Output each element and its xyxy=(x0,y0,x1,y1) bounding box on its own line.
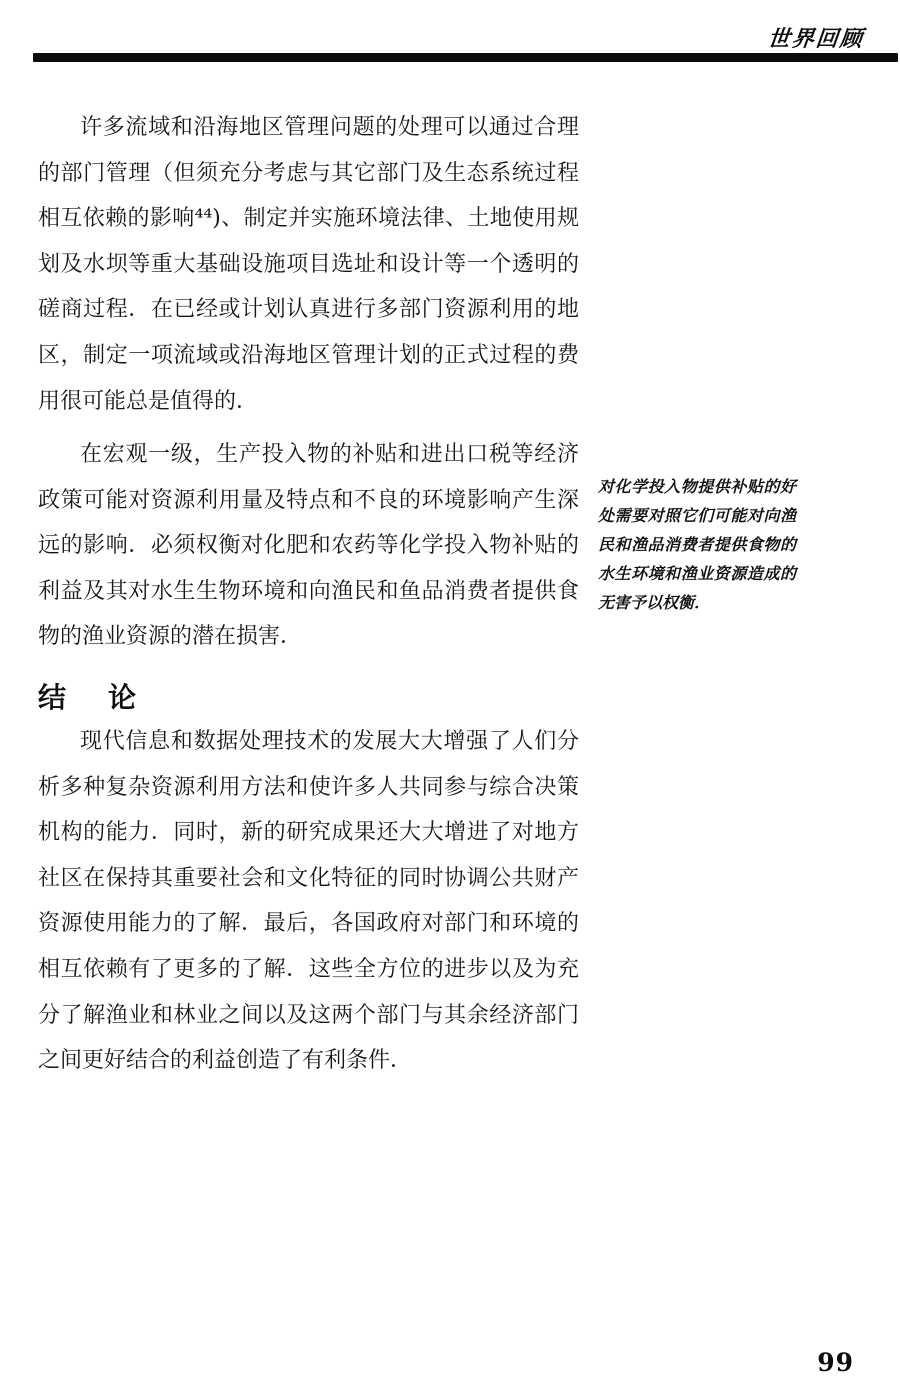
paragraph-line: 磋商过程．在已经或计划认真进行多部门资源利用的地 xyxy=(38,287,579,333)
margin-note-line: 民和渔品消费者提供食物的 xyxy=(598,530,796,559)
paragraph-line: 远的影响．必须权衡对化肥和农药等化学投入物补贴的 xyxy=(38,523,579,569)
margin-note-line: 对化学投入物提供补贴的好 xyxy=(598,472,796,501)
paragraph-line: 政策可能对资源利用量及特点和不良的环境影响产生深 xyxy=(38,478,579,524)
paragraph-line: 相互依赖的影响⁴⁴)、制定并实施环境法律、土地使用规 xyxy=(38,196,579,242)
page-number: 99 xyxy=(817,1348,854,1377)
paragraph-line: 之间更好结合的利益创造了有利条件． xyxy=(38,1038,579,1084)
margin-note: 对化学投入物提供补贴的好 处需要对照它们可能对向渔 民和渔品消费者提供食物的 水… xyxy=(598,472,796,617)
running-head-title: 世界回顾 xyxy=(766,22,865,53)
paragraph-line: 资源使用能力的了解．最后，各国政府对部门和环境的 xyxy=(38,901,579,947)
paragraph-line: 用很可能总是值得的． xyxy=(38,379,579,425)
section-heading-conclusion: 结 论 xyxy=(38,676,143,716)
paragraph-2: 在宏观一级，生产投入物的补贴和进出口税等经济 政策可能对资源利用量及特点和不良的… xyxy=(38,432,579,660)
document-page: 世界回顾 许多流域和沿海地区管理问题的处理可以通过合理 的部门管理（但须充分考虑… xyxy=(0,0,900,1400)
margin-note-line: 处需要对照它们可能对向渔 xyxy=(598,501,796,530)
paragraph-line: 析多种复杂资源利用方法和使许多人共同参与综合决策 xyxy=(38,765,579,811)
margin-note-line: 无害予以权衡． xyxy=(598,588,796,617)
paragraph-line: 相互依赖有了更多的了解．这些全方位的进步以及为充 xyxy=(38,947,579,993)
paragraph-line: 划及水坝等重大基础设施项目选址和设计等一个透明的 xyxy=(38,242,579,288)
paragraph-line: 区，制定一项流域或沿海地区管理计划的正式过程的费 xyxy=(38,333,579,379)
paragraph-line: 的部门管理（但须充分考虑与其它部门及生态系统过程 xyxy=(38,151,579,197)
paragraph-line: 物的渔业资源的潜在损害． xyxy=(38,614,579,660)
margin-note-line: 水生环境和渔业资源造成的 xyxy=(598,559,796,588)
paragraph-line: 社区在保持其重要社会和文化特征的同时协调公共财产 xyxy=(38,856,579,902)
paragraph-line: 分了解渔业和林业之间以及这两个部门与其余经济部门 xyxy=(38,993,579,1039)
paragraph-1: 许多流域和沿海地区管理问题的处理可以通过合理 的部门管理（但须充分考虑与其它部门… xyxy=(38,105,579,424)
paragraph-line: 现代信息和数据处理技术的发展大大增强了人们分 xyxy=(38,719,579,765)
paragraph-line: 在宏观一级，生产投入物的补贴和进出口税等经济 xyxy=(38,432,579,478)
paragraph-line: 利益及其对水生生物环境和向渔民和鱼品消费者提供食 xyxy=(38,569,579,615)
paragraph-3: 现代信息和数据处理技术的发展大大增强了人们分 析多种复杂资源利用方法和使许多人共… xyxy=(38,719,579,1084)
header-rule xyxy=(33,53,898,62)
paragraph-line: 许多流域和沿海地区管理问题的处理可以通过合理 xyxy=(38,105,579,151)
paragraph-line: 机构的能力．同时，新的研究成果还大大增进了对地方 xyxy=(38,810,579,856)
